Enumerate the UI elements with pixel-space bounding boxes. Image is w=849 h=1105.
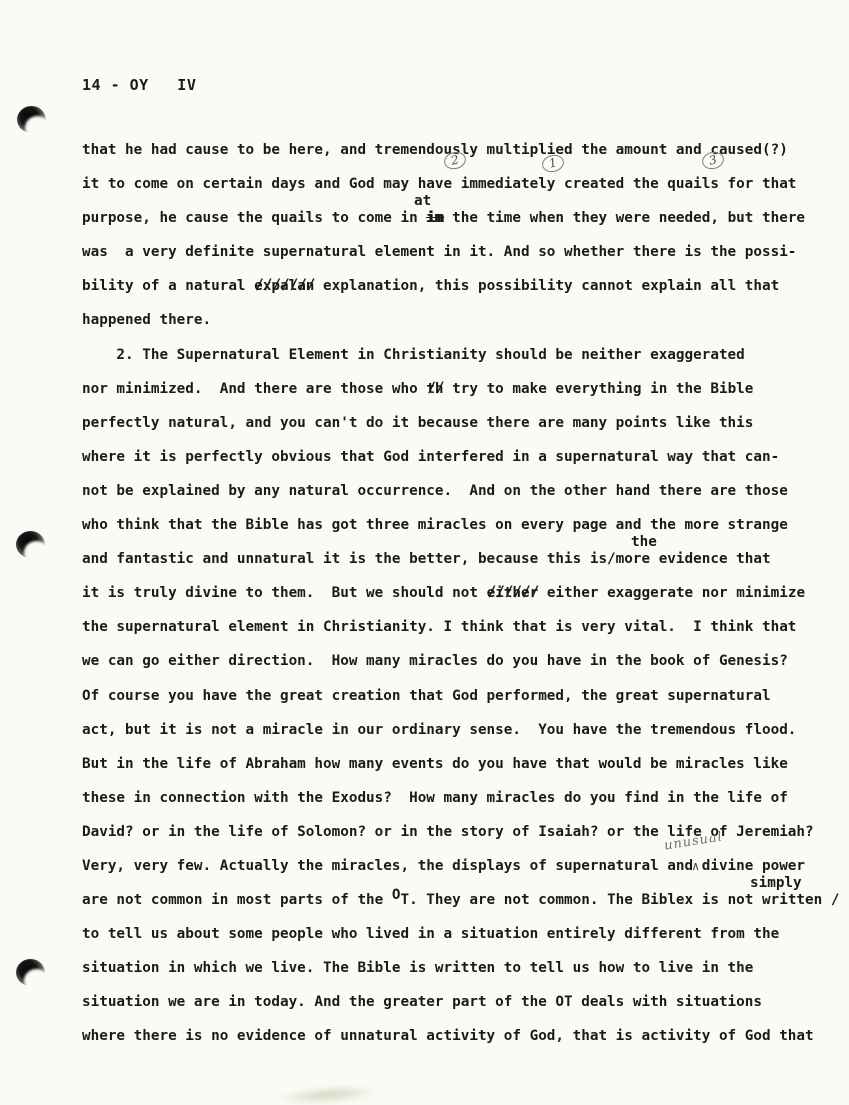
typed-insert: simply <box>750 875 802 891</box>
struck-word: th// <box>426 372 443 406</box>
text-segment: happened there. <box>82 312 211 328</box>
text-line: and fantastic and unnatural it is the be… <box>82 542 842 576</box>
text-segment: situation in which we live. The Bible is… <box>82 960 753 976</box>
text-line: act, but it is not a miracle in our ordi… <box>82 713 842 747</box>
text-line: are not common in most parts of the OT. … <box>82 883 842 917</box>
text-segment: T. They are not common. The Biblex is no… <box>400 892 839 908</box>
ink-smudge <box>275 1082 380 1105</box>
text-segment: are not common in most parts of the <box>82 892 392 908</box>
text-segment: where there is no evidence of unnatural … <box>82 1028 814 1044</box>
text-line: it to come on certain days and God may h… <box>82 167 842 201</box>
text-segment: not be explained by any natural occurren… <box>82 483 788 499</box>
text-segment: nor minimized. And there are those who <box>82 381 426 397</box>
text-line: Very, very few. Actually the miracles, t… <box>82 849 842 883</box>
strikeout-slashes: // <box>427 371 444 405</box>
text-segment: we can go either direction. How many mir… <box>82 653 788 669</box>
document-body: that he had cause to be here, and tremen… <box>82 133 842 1054</box>
text-line: the supernatural element in Christianity… <box>82 610 842 644</box>
strikeout-slashes: /////// <box>255 268 315 302</box>
text-segment: explanation, this possibility cannot exp… <box>314 278 779 294</box>
text-segment: bility of a natural <box>82 278 254 294</box>
text-line: not be explained by any natural occurren… <box>82 474 842 508</box>
typed-insert: the <box>631 534 657 550</box>
text-line: situation in which we live. The Bible is… <box>82 951 842 985</box>
text-segment: try to make everything in the Bible <box>444 381 754 397</box>
strikeout-slashes: ////// <box>488 575 540 609</box>
text-line: was a very definite supernatural element… <box>82 235 842 269</box>
text-segment: Of course you have the great creation th… <box>82 688 771 704</box>
text-line: situation we are in today. And the great… <box>82 985 842 1019</box>
text-line: it is truly divine to them. But we shoul… <box>82 576 842 610</box>
text-segment: that he had cause to be here, and tremen… <box>82 142 788 158</box>
text-line: purpose, he cause the quails to come in … <box>82 201 842 235</box>
text-segment: who think that the Bible has got three m… <box>82 517 788 533</box>
text-segment: and fantastic and unnatural it is the be… <box>82 551 771 567</box>
superscript-letter: O <box>392 887 401 903</box>
text-line: where it is perfectly obvious that God i… <box>82 440 842 474</box>
text-line: 2. The Supernatural Element in Christian… <box>82 338 842 372</box>
text-line: David? or in the life of Solomon? or in … <box>82 815 842 849</box>
text-segment: it to come on certain days and God may h… <box>82 176 796 192</box>
text-segment: the supernatural element in Christianity… <box>82 619 796 635</box>
text-line: nor minimized. And there are those who t… <box>82 372 842 406</box>
text-segment: 2. The Supernatural Element in Christian… <box>82 347 745 363</box>
text-segment: either exaggerate nor minimize <box>538 585 805 601</box>
text-line: we can go either direction. How many mir… <box>82 644 842 678</box>
text-line: where there is no evidence of unnatural … <box>82 1019 842 1053</box>
text-segment: But in the life of Abraham how many even… <box>82 756 788 772</box>
hole-punch-shadow <box>16 531 45 558</box>
text-segment: it is truly divine to them. But we shoul… <box>82 585 487 601</box>
text-line: But in the life of Abraham how many even… <box>82 747 842 781</box>
text-line: these in connection with the Exodus? How… <box>82 781 842 815</box>
struck-word: expalan/////// <box>254 269 314 303</box>
struck-word: either////// <box>487 576 539 610</box>
text-line: bility of a natural expalan/////// expla… <box>82 269 842 303</box>
text-segment: purpose, he cause the quails to come in <box>82 210 426 226</box>
text-segment: where it is perfectly obvious that God i… <box>82 449 779 465</box>
text-line: happened there. <box>82 303 842 337</box>
text-segment: perfectly natural, and you can't do it b… <box>82 415 753 431</box>
text-segment: act, but it is not a miracle in our ordi… <box>82 722 796 738</box>
text-segment: these in connection with the Exodus? How… <box>82 790 788 806</box>
text-line: to tell us about some people who lived i… <box>82 917 842 951</box>
insertion-caret: ∧ <box>692 860 699 872</box>
page-header: 14 - OY IV <box>82 76 196 94</box>
text-segment: was a very definite supernatural element… <box>82 244 796 260</box>
text-line: perfectly natural, and you can't do it b… <box>82 406 842 440</box>
hole-punch-shadow <box>16 959 45 986</box>
text-line: who think that the Bible has got three m… <box>82 508 842 542</box>
text-line: Of course you have the great creation th… <box>82 679 842 713</box>
text-segment: situation we are in today. And the great… <box>82 994 762 1010</box>
text-segment: to tell us about some people who lived i… <box>82 926 779 942</box>
hole-punch-shadow <box>17 106 46 133</box>
document-page: 14 - OY IV that he had cause to be here,… <box>0 0 849 1105</box>
text-segment: the time when they were needed, but ther… <box>444 210 806 226</box>
typed-insert: at <box>414 193 431 209</box>
overstruck-word: im <box>426 210 443 226</box>
